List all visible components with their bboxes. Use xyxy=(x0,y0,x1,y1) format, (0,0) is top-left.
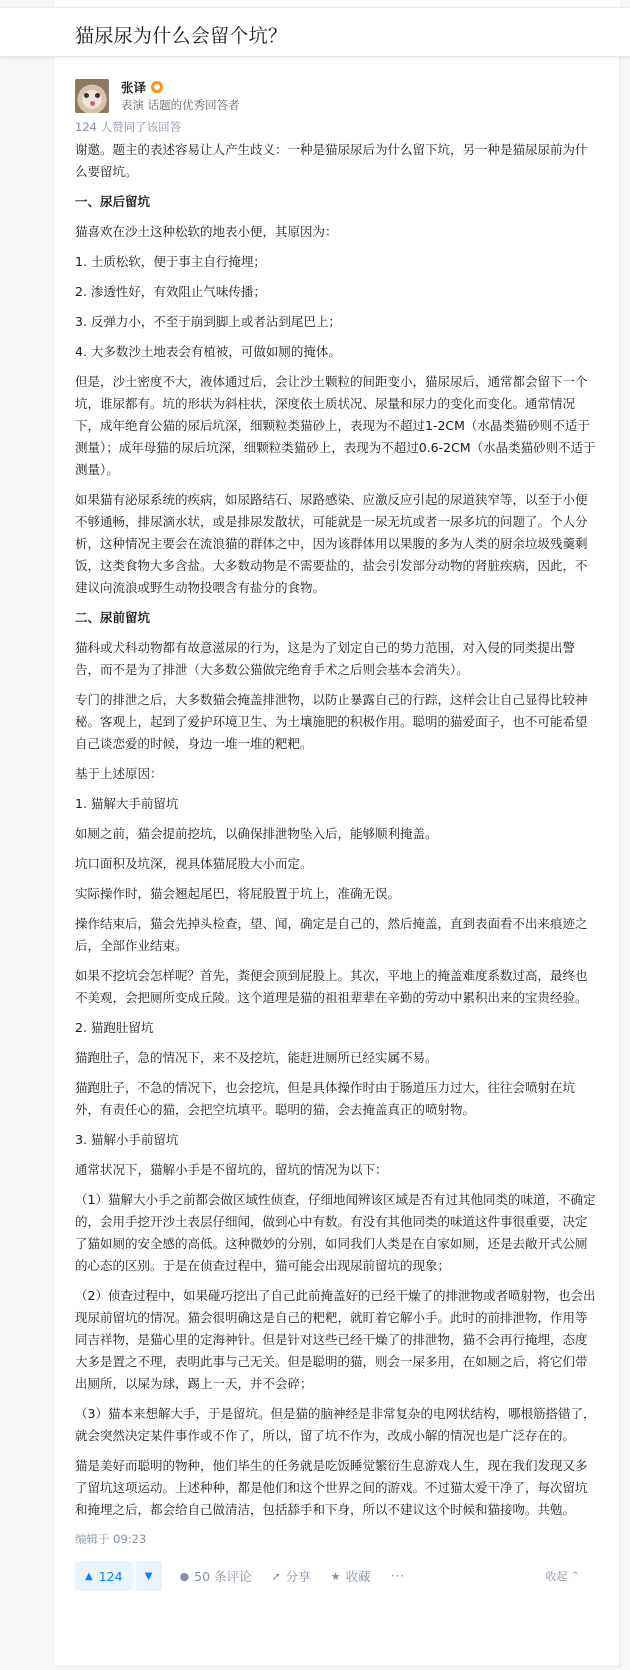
answer-paragraph: 基于上述原因： xyxy=(75,763,599,785)
comment-label: 50 条评论 xyxy=(194,1567,251,1585)
previous-card-edge xyxy=(55,0,620,7)
more-options-icon[interactable]: ··· xyxy=(391,1569,405,1583)
upvote-arrow-icon: ▲ xyxy=(85,1571,93,1582)
downvote-arrow-icon: ▼ xyxy=(145,1571,153,1582)
collapse-button[interactable]: 收起 ⌃ xyxy=(545,1568,579,1584)
favorite-button[interactable]: ★ 收藏 xyxy=(331,1567,371,1585)
answer-paragraph: 坑口面积及坑深，视具体猫屁股大小而定。 xyxy=(75,853,599,875)
answer-content: 谢邀。题主的表述容易让人产生歧义：一种是猫尿尿后为什么留下坑，另一种是猫尿尿前为… xyxy=(75,139,599,1521)
comment-button[interactable]: ● 50 条评论 xyxy=(180,1567,252,1585)
comment-bubble-icon: ● xyxy=(180,1570,190,1583)
answer-paragraph: 2. 渗透性好，有效阻止气味传播； xyxy=(75,281,599,303)
answer-paragraph: 猫科或犬科动物都有故意滋尿的行为，这是为了划定自己的势力范围，对入侵的同类提出警… xyxy=(75,637,599,681)
answer-paragraph: 3. 反弹力小，不至于崩到脚上或者沾到尾巴上； xyxy=(75,311,599,333)
action-bar: ▲ 124 ▼ ● 50 条评论 ➚ 分享 ★ 收藏 ··· 收起 ⌃ xyxy=(75,1561,599,1591)
chevron-up-icon: ⌃ xyxy=(571,1571,579,1581)
answer-paragraph: 猫是美好而聪明的物种，他们毕生的任务就是吃饭睡觉繁衍生息游戏人生，现在我们发现又… xyxy=(75,1455,599,1521)
voters-count[interactable]: 124 人赞同了该回答 xyxy=(75,119,599,135)
author-info: 张译 表演 话题的优秀回答者 xyxy=(75,69,599,107)
answer-paragraph: 猫喜欢在沙土这种松软的地表小便，其原因为： xyxy=(75,221,599,243)
answer-paragraph: 1. 土质松软，便于事主自行掩埋； xyxy=(75,251,599,273)
answer-paragraph: 但是，沙土密度不大，液体通过后，会让沙土颗粒的间距变小，猫尿尿后，通常都会留下一… xyxy=(75,371,599,481)
collapse-label: 收起 xyxy=(545,1568,567,1584)
verified-badge-icon xyxy=(151,81,163,93)
answer-paragraph: 4. 大多数沙土地表会有植被，可做如厕的掩体。 xyxy=(75,341,599,363)
question-header: 猫尿尿为什么会留个坑？ xyxy=(0,7,630,57)
answer-paragraph: 谢邀。题主的表述容易让人产生歧义：一种是猫尿尿后为什么留下坑，另一种是猫尿尿前为… xyxy=(75,139,599,183)
answer-paragraph: 如果不挖坑会怎样呢？首先，粪便会顶到屁股上。其次，平地上的掩盖难度系数过高，最终… xyxy=(75,965,599,1009)
author-headline: 表演 话题的优秀回答者 xyxy=(121,97,240,113)
upvote-button[interactable]: ▲ 124 xyxy=(75,1561,133,1591)
question-title[interactable]: 猫尿尿为什么会留个坑？ xyxy=(75,21,287,48)
answer-paragraph: 专门的排泄之后，大多数猫会掩盖排泄物，以防止暴露自己的行踪，这样会让自己显得比较… xyxy=(75,689,599,755)
answer-paragraph: （1）猫解大小手之前都会做区域性侦查，仔细地闻辨该区域是否有过其他同类的味道，不… xyxy=(75,1189,599,1277)
answer-paragraph: 如厕之前，猫会提前挖坑，以确保排泄物坠入后，能够顺利掩盖。 xyxy=(75,823,599,845)
author-name[interactable]: 张译 xyxy=(121,78,146,96)
answer-paragraph: 通常状况下，猫解小手是不留坑的，留坑的情况为以下： xyxy=(75,1159,599,1181)
share-label: 分享 xyxy=(286,1567,311,1585)
answer-paragraph: 如果猫有泌尿系统的疾病，如尿路结石、尿路感染、应激反应引起的尿道狭窄等，以至于小… xyxy=(75,489,599,599)
section-heading: 二、尿前留坑 xyxy=(75,607,599,629)
share-button[interactable]: ➚ 分享 xyxy=(272,1567,311,1585)
answer-paragraph: 实际操作时，猫会翘起尾巴，将屁股置于坑上，准确无误。 xyxy=(75,883,599,905)
star-icon: ★ xyxy=(331,1570,341,1583)
edited-time[interactable]: 编辑于 09:23 xyxy=(75,1531,599,1547)
answer-paragraph: 猫跑肚子，急的情况下，来不及挖坑，能赶进厕所已经实属不易。 xyxy=(75,1047,599,1069)
answer-paragraph: 1. 猫解大手前留坑 xyxy=(75,793,599,815)
answer-paragraph: 操作结束后，猫会先掉头检查，望、闻，确定是自己的，然后掩盖，直到表面看不出来痕迹… xyxy=(75,913,599,957)
section-heading: 一、尿后留坑 xyxy=(75,191,599,213)
answer-paragraph: 2. 猫跑肚留坑 xyxy=(75,1017,599,1039)
upvote-count: 124 xyxy=(99,1569,123,1584)
answer-paragraph: （2）侦查过程中，如果碰巧挖出了自己此前掩盖好的已经干燥了的排泄物或者喷射物，也… xyxy=(75,1285,599,1395)
paper-plane-icon: ➚ xyxy=(272,1570,281,1583)
answer-card: 张译 表演 话题的优秀回答者 124 人赞同了该回答 谢邀。题主的表述容易让人产… xyxy=(55,57,620,1667)
answer-paragraph: （3）猫本来想解大手，于是留坑。但是猫的脑神经是非常复杂的电网状结构，哪根筋搭错… xyxy=(75,1403,599,1447)
answer-paragraph: 3. 猫解小手前留坑 xyxy=(75,1129,599,1151)
downvote-button[interactable]: ▼ xyxy=(136,1561,162,1591)
cat-avatar-icon[interactable] xyxy=(75,79,109,113)
answer-paragraph: 猫跑肚子，不急的情况下，也会挖坑，但是具体操作时由于肠道压力过大，往往会喷射在坑… xyxy=(75,1077,599,1121)
favorite-label: 收藏 xyxy=(346,1567,371,1585)
